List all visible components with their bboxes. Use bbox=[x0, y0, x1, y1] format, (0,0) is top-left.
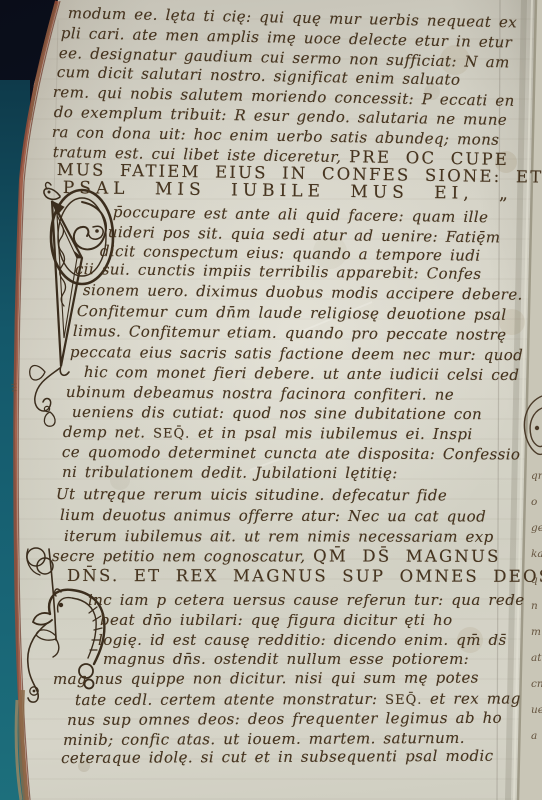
facing-page-fragment: m bbox=[531, 626, 541, 638]
line-text: demp net. bbox=[63, 423, 153, 441]
line-text: magnus dn̄s. ostendit nullum esse potior… bbox=[103, 650, 469, 668]
manuscript-line: tate cedl. certem atente monstratur: SEQ… bbox=[75, 689, 521, 709]
manuscript-line: logię. id est causę redditio: dicendo en… bbox=[98, 631, 507, 649]
manuscript-line: limus. Confitemur etiam. quando pro pecc… bbox=[73, 322, 507, 344]
facing-page-fragment: cn bbox=[531, 678, 542, 690]
line-text: et in psal mis iubilemus ei. Inspi bbox=[190, 424, 472, 443]
facing-page-fragment: ue bbox=[531, 704, 542, 716]
manuscript-line: ueniens dis cutiat: quod nos sine dubita… bbox=[72, 403, 482, 423]
line-text: sionem uero. diximus duobus modis accipe… bbox=[83, 281, 523, 304]
facing-page-fragment: q bbox=[531, 574, 538, 586]
line-text: minib; confic atas. ut iouem. martem. sa… bbox=[63, 729, 465, 749]
line-text: mag nus quippe non dicitur. nisi qui sum… bbox=[53, 669, 479, 688]
manuscript-line: secre petitio nem cognoscatur, QM̄ DS̄ M… bbox=[52, 546, 501, 566]
line-text: iterum iubilemus ait. ut rem nimis neces… bbox=[64, 527, 494, 546]
manuscript-line: ce quomodo determinet cuncta ate disposi… bbox=[62, 443, 521, 463]
line-text: ceteraque idolę. si cut et in subsequent… bbox=[61, 747, 494, 767]
facing-page-fragment: ge bbox=[531, 522, 542, 534]
manuscript-line: iterum iubilemus ait. ut rem nimis neces… bbox=[64, 527, 494, 546]
line-text: Ut utręque rerum uicis situdine. defecat… bbox=[56, 485, 447, 504]
manuscript-line: peccata eius sacris satis factione deem … bbox=[70, 343, 523, 364]
psalm-rubric-text: SEQ̄. bbox=[385, 693, 422, 708]
line-text: cii sui. cunctis impiis terribilis appar… bbox=[75, 260, 482, 283]
line-text: secre petitio nem cognoscatur, bbox=[52, 547, 313, 565]
manuscript-line: inc iam p cetera uersus cause referun tu… bbox=[88, 591, 525, 609]
manuscript-line: beat dn̄o iubilari: quę figura dicitur ę… bbox=[100, 611, 453, 629]
manuscript-line: DN̄S. ET REX MAGNUS SUP OMNES DEOS, bbox=[67, 566, 542, 586]
line-text: ce quomodo determinet cuncta ate disposi… bbox=[62, 443, 521, 463]
manuscript-line: nus sup omnes deos: deos frequenter legi… bbox=[67, 709, 502, 729]
line-text: lium deuotus animus offerre atur: Nec ua… bbox=[60, 506, 486, 525]
facing-page-fragment: o bbox=[531, 496, 537, 508]
manuscript-line: sionem uero. diximus duobus modis accipe… bbox=[83, 281, 523, 304]
line-text: et rex mag bbox=[422, 689, 520, 707]
facing-page-fragment: n bbox=[531, 600, 538, 612]
manuscript-line: Confitemur cum dn̄m laude religiosę deuo… bbox=[77, 302, 507, 324]
manuscript-line: ceteraque idolę. si cut et in subsequent… bbox=[61, 747, 494, 767]
manuscript-line: cii sui. cunctis impiis terribilis appar… bbox=[75, 260, 482, 283]
facing-page-text: qrogekaqnmatcnuea bbox=[528, 470, 542, 800]
line-text: tate cedl. certem atente monstratur: bbox=[75, 690, 385, 709]
line-text: p̄occupare est ante ali quid facere: qua… bbox=[113, 203, 489, 226]
facing-page-fragment: ka bbox=[531, 548, 542, 560]
facing-page-fragment: a bbox=[531, 730, 537, 742]
line-text: logię. id est causę redditio: dicendo en… bbox=[98, 631, 507, 649]
line-text: ni tribulationem dedit. Jubilationi lęti… bbox=[62, 463, 398, 482]
line-text: inc iam p cetera uersus cause referun tu… bbox=[88, 591, 525, 609]
manuscript-line: lium deuotus animus offerre atur: Nec ua… bbox=[60, 506, 486, 525]
line-text: ubinum debeamus nostra facinora confiter… bbox=[66, 383, 454, 404]
line-text: peccata eius sacris satis factione deem … bbox=[70, 343, 523, 364]
manuscript-line: demp net. SEQ̄. et in psal mis iubilemus… bbox=[63, 423, 473, 443]
manuscript-line: ni tribulationem dedit. Jubilationi lęti… bbox=[62, 463, 398, 482]
manuscript-line: mag nus quippe non dicitur. nisi qui sum… bbox=[53, 669, 479, 688]
manuscript-line: ubinum debeamus nostra facinora confiter… bbox=[66, 383, 454, 404]
line-text: nus sup omnes deos: deos frequenter legi… bbox=[67, 709, 502, 729]
facing-page-fragment: at bbox=[531, 652, 541, 664]
manuscript-photograph: iii modum ee. lęta ti cię: qui quę mur u… bbox=[0, 0, 542, 800]
psalm-rubric-text: DN̄S. ET REX MAGNUS SUP OMNES DEOS, bbox=[67, 566, 542, 586]
line-text: Confitemur cum dn̄m laude religiosę deuo… bbox=[77, 302, 507, 324]
manuscript-line: Ut utręque rerum uicis situdine. defecat… bbox=[56, 485, 447, 504]
line-text: hic com monet fieri debere. ut ante iudi… bbox=[84, 363, 520, 384]
psalm-rubric-text: QM̄ DS̄ MAGNUS bbox=[313, 546, 501, 565]
line-text: ueniens dis cutiat: quod nos sine dubita… bbox=[72, 403, 482, 423]
manuscript-line: magnus dn̄s. ostendit nullum esse potior… bbox=[103, 650, 469, 668]
line-text: beat dn̄o iubilari: quę figura dicitur ę… bbox=[100, 611, 453, 629]
line-text: limus. Confitemur etiam. quando pro pecc… bbox=[73, 322, 507, 344]
manuscript-line: p̄occupare est ante ali quid facere: qua… bbox=[113, 203, 489, 226]
text-block: modum ee. lęta ti cię: qui quę mur uerbi… bbox=[0, 0, 542, 800]
manuscript-line: hic com monet fieri debere. ut ante iudi… bbox=[84, 363, 520, 384]
facing-page-fragment: qr bbox=[531, 470, 542, 482]
psalm-rubric-text: SEQ̄. bbox=[153, 426, 190, 441]
manuscript-line: minib; confic atas. ut iouem. martem. sa… bbox=[63, 729, 465, 749]
